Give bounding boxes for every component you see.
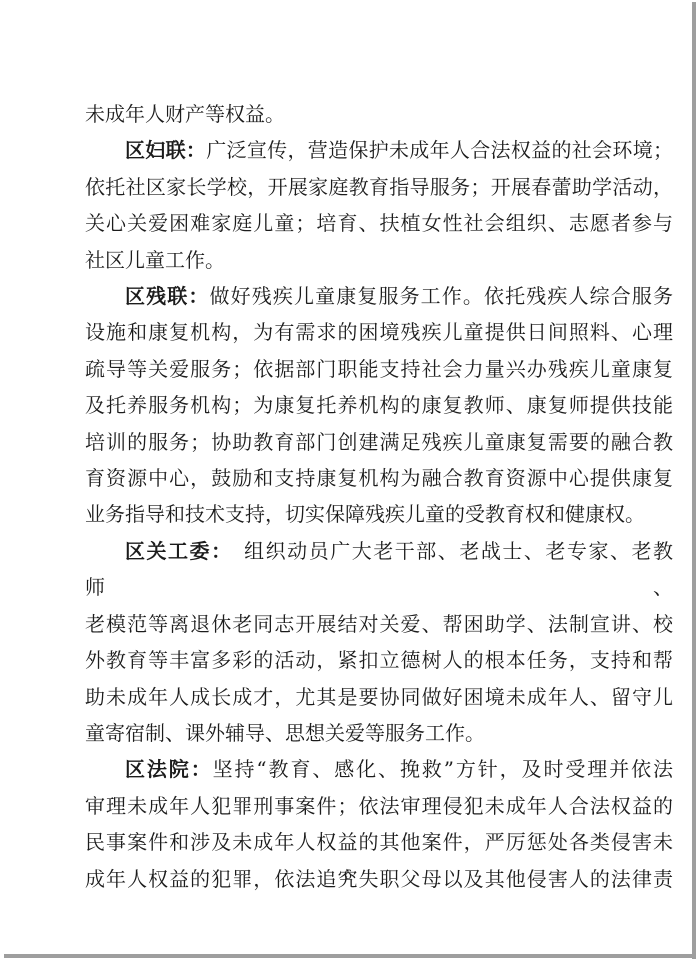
text-line: 区妇联：广泛宣传，营造保护未成年人合法权益的社会环境； — [85, 132, 673, 168]
paragraph: 区残联：做好残疾儿童康复服务工作。依托残疾人综合服务设施和康复机构，为有需求的困… — [85, 278, 673, 533]
text-line: 及托养服务机构；为康复托养机构的康复教师、康复师提供技能 — [85, 387, 673, 423]
text-line: 区残联：做好残疾儿童康复服务工作。依托残疾人综合服务 — [85, 278, 673, 314]
document-body: 未成年人财产等权益。区妇联：广泛宣传，营造保护未成年人合法权益的社会环境；依托社… — [85, 96, 673, 897]
org-label: 区残联： — [125, 284, 209, 308]
org-label: 区妇联： — [125, 138, 206, 162]
text-line-content: 做好残疾儿童康复服务工作。依托残疾人综合服务 — [209, 284, 673, 308]
text-line: 育资源中心，鼓励和支持康复机构为融合教育资源中心提供康复 — [85, 460, 673, 496]
paragraph: 区关工委： 组织动员广大老干部、老战士、老专家、老教师、老模范等离退休老同志开展… — [85, 533, 673, 751]
text-line-content: 广泛宣传，营造保护未成年人合法权益的社会环境； — [206, 138, 673, 162]
text-line: 童寄宿制、课外辅导、思想关爱等服务工作。 — [85, 715, 673, 751]
text-line: 依托社区家长学校，开展家庭教育指导服务；开展春蕾助学活动， — [85, 169, 673, 205]
paragraph: 未成年人财产等权益。 — [85, 96, 673, 132]
text-line: 疏导等关爱服务；依据部门职能支持社会力量兴办残疾儿童康复 — [85, 351, 673, 387]
document-page: 未成年人财产等权益。区妇联：广泛宣传，营造保护未成年人合法权益的社会环境；依托社… — [0, 0, 696, 959]
page-edge-bottom — [4, 954, 696, 958]
text-line: 老模范等离退休老同志开展结对关爱、帮困助学、法制宣讲、校 — [85, 606, 673, 642]
text-line: 关心关爱困难家庭儿童；培育、扶植女性社会组织、志愿者参与 — [85, 205, 673, 241]
text-line: 外教育等丰富多彩的活动，紧扣立德树人的根本任务，支持和帮 — [85, 642, 673, 678]
text-line: 业务指导和技术支持，切实保障残疾儿童的受教育权和健康权。 — [85, 496, 673, 532]
text-line: 助未成年人成长成才，尤其是要协同做好困境未成年人、留守儿 — [85, 679, 673, 715]
text-line: 民事案件和涉及未成年人权益的其他案件，严厉惩处各类侵害未 — [85, 824, 673, 860]
org-label: 区关工委： — [125, 539, 233, 563]
text-line: 培训的服务；协助教育部门创建满足残疾儿童康复需要的融合教 — [85, 424, 673, 460]
text-line: 审理未成年人犯罪刑事案件；依法审理侵犯未成年人合法权益的 — [85, 788, 673, 824]
text-line: 社区儿童工作。 — [85, 242, 673, 278]
text-line-content: 坚持“教育、感化、挽救”方针，及时受理并依法 — [213, 757, 673, 781]
page-number: 6 — [0, 868, 696, 883]
text-line: 区关工委： 组织动员广大老干部、老战士、老专家、老教师、 — [85, 533, 673, 606]
text-line: 设施和康复机构，为有需求的困境残疾儿童提供日间照料、心理 — [85, 314, 673, 350]
page-edge-right — [692, 2, 696, 959]
text-line: 未成年人财产等权益。 — [85, 96, 673, 132]
org-label: 区法院： — [125, 757, 213, 781]
paragraph: 区妇联：广泛宣传，营造保护未成年人合法权益的社会环境；依托社区家长学校，开展家庭… — [85, 132, 673, 278]
text-line: 区法院：坚持“教育、感化、挽救”方针，及时受理并依法 — [85, 751, 673, 787]
